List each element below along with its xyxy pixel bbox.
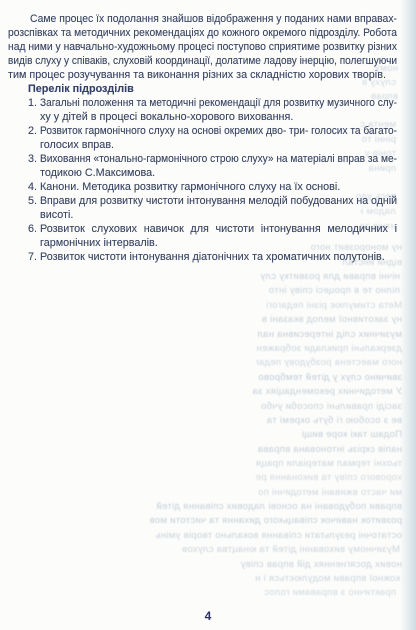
paragraph-line: тим процес розучування та виконання різн…	[8, 68, 397, 82]
paragraph-text: Саме процес їх подолання знайшов відобра…	[30, 12, 397, 26]
list-item-number: 5.	[8, 194, 40, 222]
list-item-number: 7.	[8, 250, 40, 264]
paragraph-text: тим процес розучування та виконання різн…	[8, 68, 386, 82]
bleedthrough-line: хорового співу та виконання ре	[100, 471, 402, 484]
intro-paragraph: Саме процес їх подолання знайшов відобра…	[8, 12, 397, 82]
list-item-number: 1.	[8, 96, 40, 124]
bleedthrough-line: пілно те в процесі співу інто	[244, 284, 400, 297]
paragraph-text: над ними у навчально-художньому процесі …	[8, 40, 397, 54]
list-item-text: Канони. Методика розвитку гармонічного с…	[40, 180, 397, 194]
paragraph-line: над ними у навчально-художньому процесі …	[8, 40, 397, 54]
bleedthrough-line: вправи побудовані на основі ладових спів…	[24, 500, 402, 513]
paragraph-line: Саме процес їх подолання знайшов відобра…	[8, 12, 397, 26]
list-item: 1. Загальні положення та методичні реком…	[8, 96, 397, 124]
bleedthrough-line: напів скрізь інтонована вправа	[120, 443, 402, 456]
bleedthrough-line: кожної вправи модулюється і н	[180, 572, 400, 585]
list-item-text: Вправи для розвитку чистоти інтонування …	[40, 194, 397, 222]
subsection-list: 1. Загальні положення та методичні реком…	[8, 96, 397, 264]
bleedthrough-line: ве з особою гі буть окремі та	[168, 414, 402, 427]
bleedthrough-line: Музичному вихованні дітей та юнацтва слу…	[40, 543, 400, 556]
bleedthrough-line: У методичних рекомендаціях за	[200, 385, 402, 398]
paragraph-line: розспівках та методичних рекомендаціях д…	[8, 26, 397, 40]
bleedthrough-line: музичних слід інтересивна нал	[190, 328, 402, 341]
bleedthrough-line: ну закотивної мелод вказані в	[180, 313, 402, 326]
list-item-text: Виховання «тонально-гармонічного строю с…	[40, 152, 397, 180]
list-item-number: 6.	[8, 222, 40, 250]
list-item: 2. Розвиток гармонічного слуху на основі…	[8, 124, 397, 152]
list-item: 5. Вправи для розвитку чистоти інтонуван…	[8, 194, 397, 222]
bleedthrough-line: ми часто вживані методичні по	[130, 486, 402, 499]
list-item-number: 4.	[8, 180, 40, 194]
page-content: Саме процес їх подолання знайшов відобра…	[8, 12, 397, 264]
bleedthrough-line: дзеркальні приклади зображен	[150, 342, 402, 355]
bleedthrough-line: нічні вправи для розвитку слу	[230, 270, 400, 283]
list-item-text: Розвиток слухових навичок для чистоти ін…	[40, 222, 397, 250]
bleedthrough-line: розвиток навичок співацького дихання та …	[20, 514, 402, 527]
bleedthrough-line: Подаш такі коре вищі	[236, 428, 402, 441]
bleedthrough-line: звичино слух у дітей темброво	[228, 371, 402, 384]
list-item: 6. Розвиток слухових навичок для чистоти…	[8, 222, 397, 250]
list-item: 4. Канони. Методика розвитку гармонічног…	[8, 180, 397, 194]
bleedthrough-line: засіді правильні способи учбо	[140, 400, 402, 413]
bleedthrough-line: Мета стимулює різні педагогі	[210, 299, 402, 312]
page-number: 4	[0, 609, 416, 623]
list-item: 7. Розвиток чистоти інтонування діатоніч…	[8, 250, 397, 264]
section-heading: Перелік підрозділів	[28, 82, 397, 96]
list-item-number: 3.	[8, 152, 40, 180]
paragraph-text: розспівках та методичних рекомендаціях д…	[8, 26, 397, 40]
paragraph-text: видів слуху у співаків, слуховій координ…	[8, 54, 397, 68]
paragraph-line: видів слуху у співаків, слуховій координ…	[8, 54, 397, 68]
list-item: 3. Виховання «тонально-гармонічного стро…	[8, 152, 397, 180]
bleedthrough-line: практично з вправами голос	[210, 586, 396, 599]
list-item-text: Розвиток чистоти інтонування діатонічних…	[40, 250, 397, 264]
list-item-text: Загальні положення та методичні рекоменд…	[40, 96, 397, 124]
list-item-number: 2.	[8, 124, 40, 152]
list-item-text: Розвиток гармонічного слуху на основі ок…	[40, 124, 397, 152]
scanned-book-page: ному вслуху ввправмента срінні тотонів у…	[0, 0, 416, 630]
bleedthrough-line: остаточні результати співання вокально т…	[24, 529, 402, 542]
bleedthrough-line: ного маестена розбудову педаг	[130, 356, 402, 369]
page-edge-shadow	[400, 0, 416, 630]
bleedthrough-line: тьохні термал матеріали праця	[150, 457, 402, 470]
bleedthrough-line: нових досягненнях дій вправ співу	[120, 558, 402, 571]
